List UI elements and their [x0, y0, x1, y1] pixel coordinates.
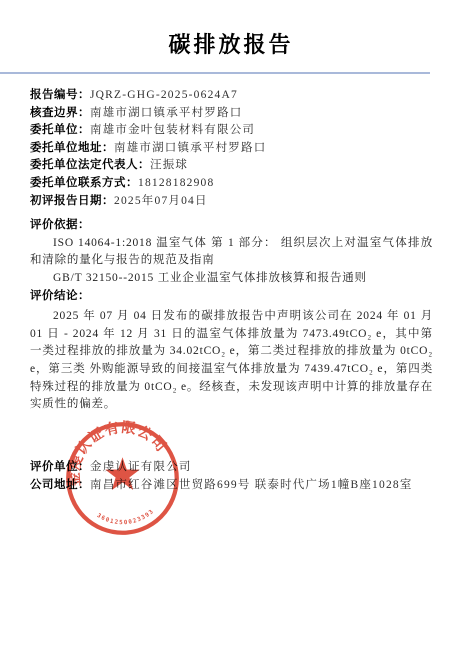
field-report-number: 报告编号：JQRZ-GHG-2025-0624A7	[30, 87, 433, 105]
field-value: 2025年07月04日	[114, 195, 208, 207]
field-evaluation-unit: 评价单位：金虔认证有限公司	[30, 459, 450, 477]
field-initial-report-date: 初评报告日期：2025年07月04日	[30, 193, 433, 211]
report-body: 报告编号：JQRZ-GHG-2025-0624A7 核查边界：南雄市湖口镇承平村…	[30, 87, 433, 414]
field-label: 委托单位：	[30, 124, 90, 136]
field-value: 汪振球	[150, 159, 188, 171]
report-page: 碳排放报告 报告编号：JQRZ-GHG-2025-0624A7 核查边界：南雄市…	[0, 0, 462, 661]
report-footer: 评价单位：金虔认证有限公司 公司地址：南昌市红谷滩区世贸路699号 联泰时代广场…	[30, 459, 450, 494]
field-verification-boundary: 核查边界：南雄市湖口镇承平村罗路口	[30, 105, 433, 123]
evaluation-basis-item: ISO 14064-1:2018 温室气体 第 1 部分： 组织层次上对温室气体…	[30, 235, 433, 270]
field-label: 公司地址：	[30, 479, 90, 491]
field-client-address: 委托单位地址：南雄市湖口镇承平村罗路口	[30, 140, 433, 158]
evaluation-basis-item: GB/T 32150--2015 工业企业温室气体排放核算和报告通则	[30, 270, 433, 288]
section-label-evaluation-basis: 评价依据：	[30, 217, 433, 235]
field-company-address: 公司地址：南昌市红谷滩区世贸路699号 联泰时代广场1幢B座1028室	[30, 477, 450, 495]
seal-serial-text: 3601250023393	[96, 508, 156, 526]
field-label: 核查边界：	[30, 107, 90, 119]
field-label: 委托单位法定代表人：	[30, 159, 150, 171]
field-value: 南雄市湖口镇承平村罗路口	[114, 142, 266, 154]
field-label: 评价单位：	[30, 461, 90, 473]
field-value: 金虔认证有限公司	[90, 461, 192, 473]
field-value: 南雄市湖口镇承平村罗路口	[90, 107, 242, 119]
field-contact-phone: 委托单位联系方式：18128182908	[30, 175, 433, 193]
field-label: 委托单位地址：	[30, 142, 114, 154]
field-client-unit: 委托单位：南雄市金叶包装材料有限公司	[30, 122, 433, 140]
field-value: JQRZ-GHG-2025-0624A7	[90, 89, 238, 101]
evaluation-conclusion-text: 2025 年 07 月 04 日发布的碳排放报告中声明该公司在 2024 年 0…	[30, 308, 433, 414]
report-title: 碳排放报告	[0, 28, 462, 59]
field-label: 初评报告日期：	[30, 195, 114, 207]
section-label-evaluation-conclusion: 评价结论：	[30, 288, 433, 306]
field-label: 报告编号：	[30, 89, 90, 101]
field-label: 委托单位联系方式：	[30, 177, 138, 189]
field-value: 18128182908	[138, 177, 214, 189]
field-legal-representative: 委托单位法定代表人：汪振球	[30, 157, 433, 175]
field-value: 南昌市红谷滩区世贸路699号 联泰时代广场1幢B座1028室	[90, 479, 413, 491]
title-divider	[0, 72, 430, 74]
field-value: 南雄市金叶包装材料有限公司	[90, 124, 255, 136]
